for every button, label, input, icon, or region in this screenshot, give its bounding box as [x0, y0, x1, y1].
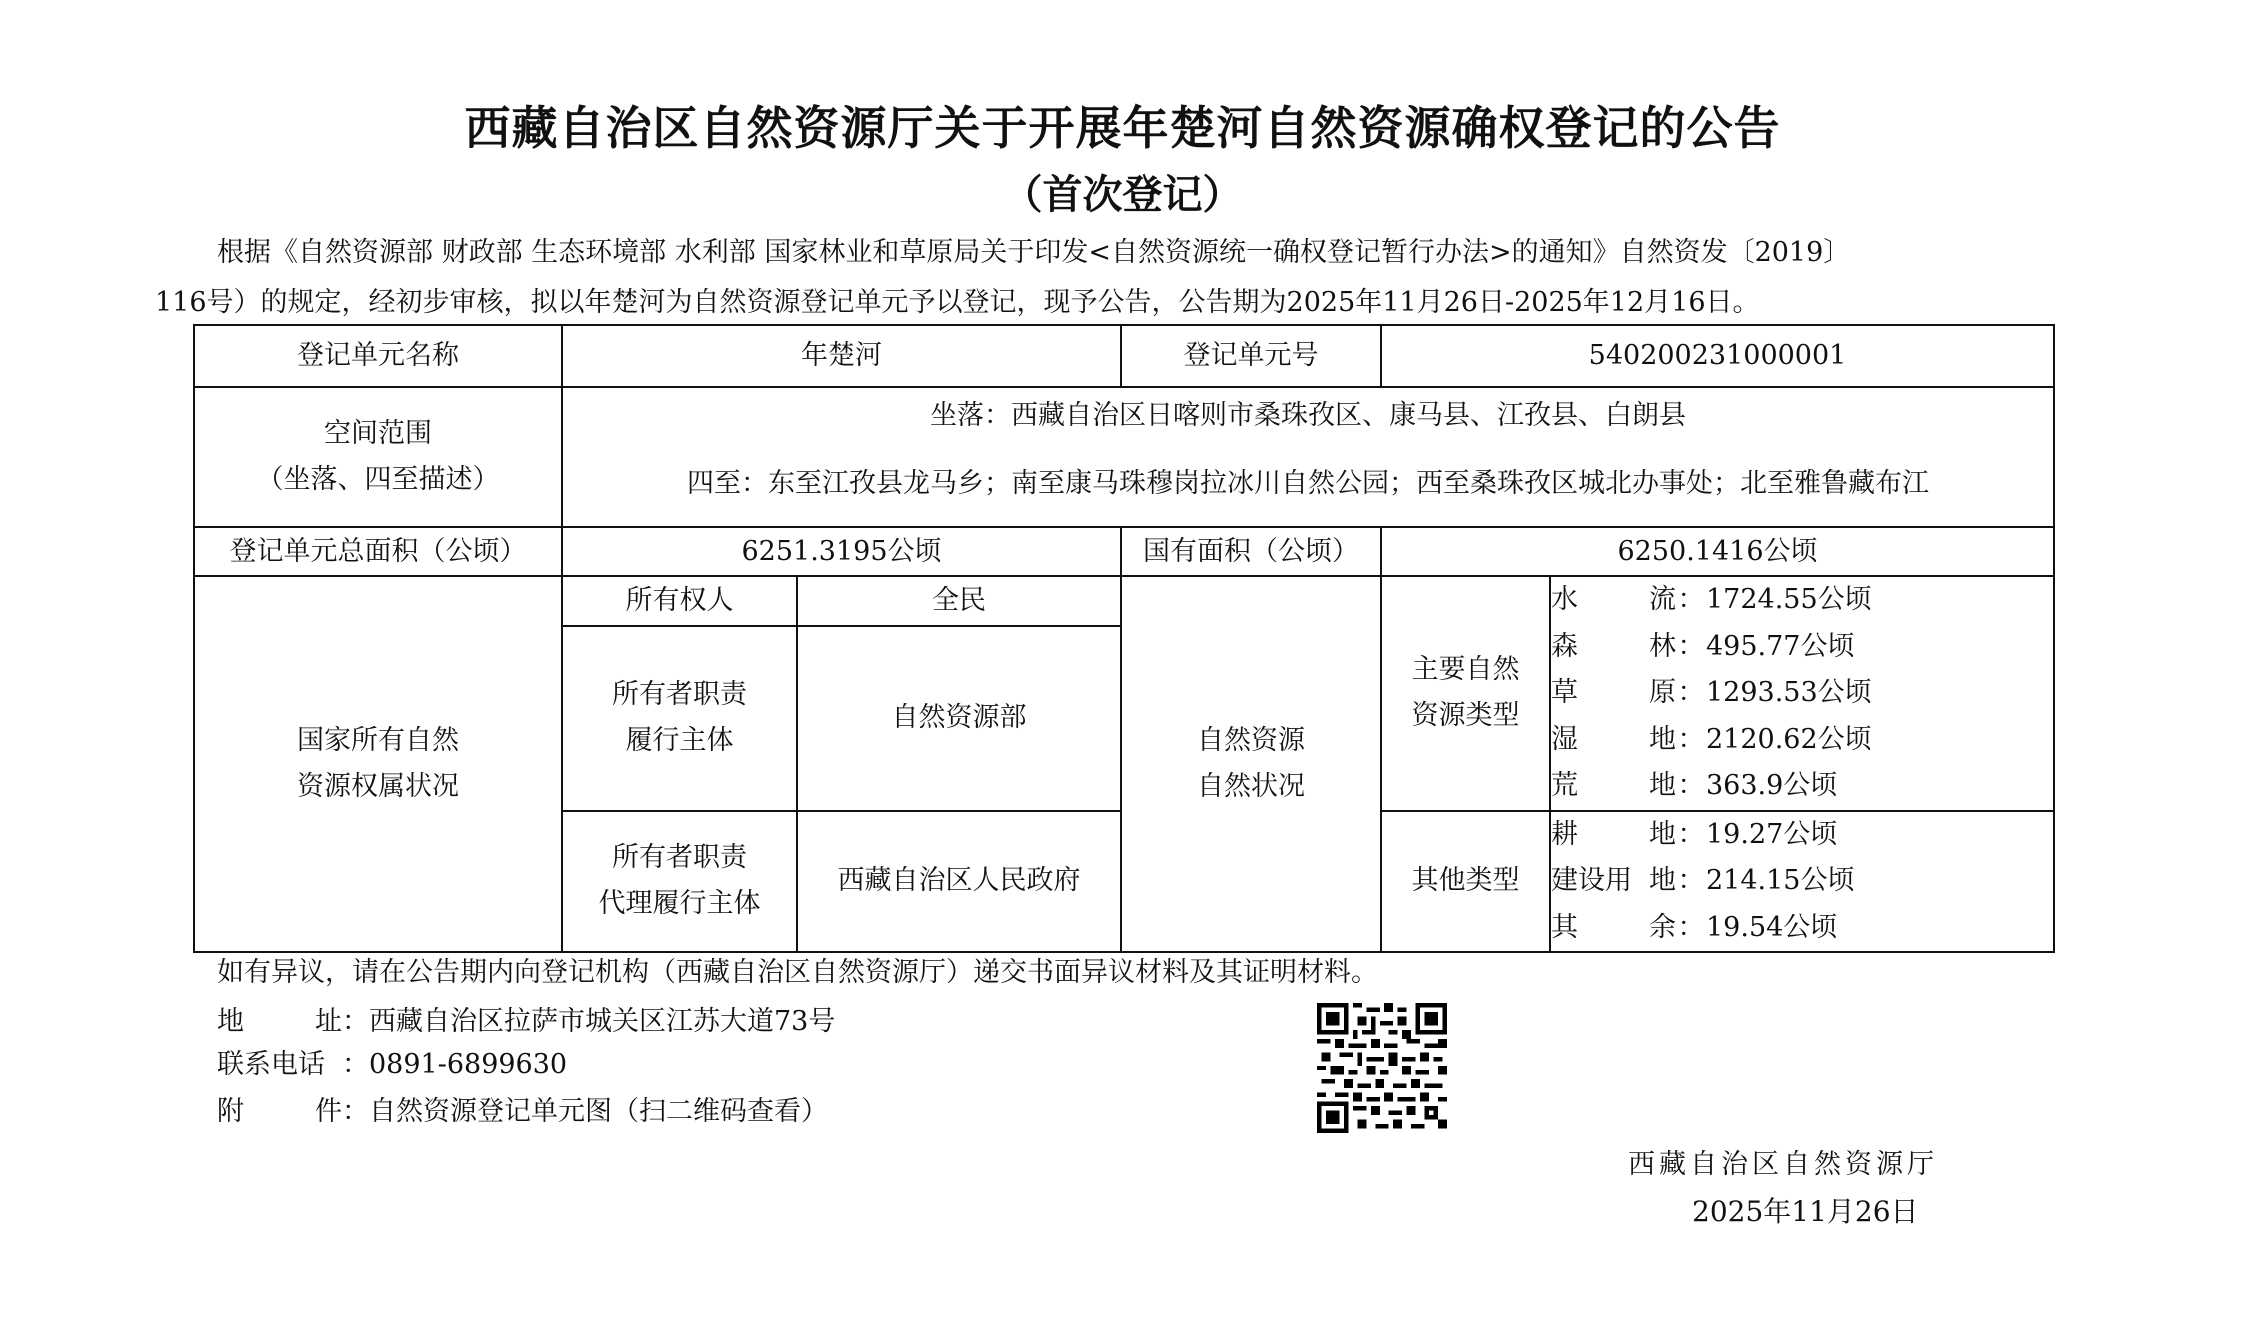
other-types-label: 其他类型 — [1381, 811, 1550, 953]
resource-key: 余 — [1649, 905, 1676, 952]
owner-label: 所有权人 — [562, 576, 797, 626]
resource-key: 建设用 — [1551, 858, 1632, 905]
resource-key: 地 — [1649, 763, 1676, 810]
main-types-line-2: 资源类型 — [1382, 693, 1549, 739]
unit-no-value: 540200231000001 — [1381, 325, 2054, 387]
resource-value: 363.9公顷 — [1706, 763, 1837, 810]
resource-value: 1293.53公顷 — [1706, 670, 1872, 717]
page-subtitle: （首次登记） — [0, 170, 2245, 220]
resource-key: 地 — [1649, 858, 1676, 905]
agent-label-line-2: 代理履行主体 — [563, 881, 796, 927]
unit-no-label: 登记单元号 — [1121, 325, 1381, 387]
resource-key: 地 — [1649, 812, 1676, 859]
phone-value: 0891-6899630 — [369, 1049, 567, 1080]
location-text: 坐落：西藏自治区日喀则市桑珠孜区、康马县、江孜县、白朗县 — [563, 392, 2053, 440]
resource-item-other: 其余：19.54公顷 — [1551, 905, 2053, 952]
resource-key: 流 — [1649, 577, 1676, 624]
agent-label-line-1: 所有者职责 — [563, 835, 796, 881]
colon: ： — [1676, 624, 1706, 671]
registration-table: 登记单元名称 年楚河 登记单元号 540200231000001 空间范围 （坐… — [193, 324, 2055, 953]
natural-status-label: 自然资源 自然状况 — [1121, 576, 1381, 952]
resource-item-wetland: 湿地：2120.62公顷 — [1551, 717, 2053, 764]
state-area-label: 国有面积（公顷） — [1121, 527, 1381, 576]
resource-key: 森 — [1551, 624, 1578, 671]
resource-value: 1724.55公顷 — [1706, 577, 1872, 624]
table-row: 登记单元总面积（公顷） 6251.3195公顷 国有面积（公顷） 6250.14… — [194, 527, 2054, 576]
resource-item-water: 水流：1724.55公顷 — [1551, 577, 2053, 624]
resource-key: 其 — [1551, 905, 1578, 952]
qr-code-icon[interactable] — [1317, 1003, 1447, 1133]
intro-line-1: 根据《自然资源部 财政部 生态环境部 水利部 国家林业和草原局关于印发<自然资源… — [155, 228, 2060, 278]
natural-status-line-1: 自然资源 — [1122, 718, 1380, 764]
resource-key: 地 — [1649, 717, 1676, 764]
scope-label-line-1: 空间范围 — [195, 411, 561, 457]
address-label-1: 地 — [217, 1002, 244, 1042]
table-row: 登记单元名称 年楚河 登记单元号 540200231000001 — [194, 325, 2054, 387]
resource-value: 214.15公顷 — [1706, 858, 1854, 905]
resource-item-grassland: 草原：1293.53公顷 — [1551, 670, 2053, 717]
unit-name-value: 年楚河 — [562, 325, 1121, 387]
colon: ： — [342, 1006, 369, 1037]
colon: ： — [1676, 670, 1706, 717]
unit-name-label: 登记单元名称 — [194, 325, 562, 387]
ownership-label-line-2: 资源权属状况 — [195, 764, 561, 810]
total-area-value: 6251.3195公顷 — [562, 527, 1121, 576]
address-value: 西藏自治区拉萨市城关区江苏大道73号 — [369, 1006, 835, 1037]
resource-value: 495.77公顷 — [1706, 624, 1854, 671]
resource-value: 19.54公顷 — [1706, 905, 1837, 952]
duty-label: 所有者职责 履行主体 — [562, 626, 797, 810]
resource-key: 湿 — [1551, 717, 1578, 764]
page-title: 西藏自治区自然资源厅关于开展年楚河自然资源确权登记的公告 — [0, 100, 2245, 156]
scope-label: 空间范围 （坐落、四至描述） — [194, 387, 562, 527]
attach-value: 自然资源登记单元图（扫二维码查看） — [369, 1096, 828, 1127]
main-types-list: 水流：1724.55公顷 森林：495.77公顷 草原：1293.53公顷 湿地… — [1550, 576, 2054, 811]
phone-label: 联系电话 — [217, 1045, 342, 1085]
natural-status-line-2: 自然状况 — [1122, 764, 1380, 810]
colon: ： — [1676, 858, 1706, 905]
boundaries-text: 四至：东至江孜县龙马乡；南至康马珠穆岗拉冰川自然公园；西至桑珠孜区城北办事处；北… — [563, 460, 2053, 508]
colon: ： — [1676, 577, 1706, 624]
ownership-label: 国家所有自然 资源权属状况 — [194, 576, 562, 952]
scope-label-line-2: （坐落、四至描述） — [195, 457, 561, 503]
issue-date: 2025年11月26日 — [1692, 1192, 1919, 1232]
issuer-signature: 西藏自治区自然资源厅 — [1628, 1145, 1938, 1185]
resource-item-forest: 森林：495.77公顷 — [1551, 624, 2053, 671]
table-row: 国家所有自然 资源权属状况 所有权人 全民 自然资源 自然状况 主要自然 资源类… — [194, 576, 2054, 626]
address-line: 地址：西藏自治区拉萨市城关区江苏大道73号 — [217, 1002, 835, 1042]
resource-key: 原 — [1649, 670, 1676, 717]
address-label-2: 址 — [315, 1002, 342, 1042]
resource-item-wasteland: 荒地：363.9公顷 — [1551, 763, 2053, 810]
table-row: 空间范围 （坐落、四至描述） 坐落：西藏自治区日喀则市桑珠孜区、康马县、江孜县、… — [194, 387, 2054, 527]
duty-value: 自然资源部 — [797, 626, 1121, 810]
resource-key: 水 — [1551, 577, 1578, 624]
resource-item-cropland: 耕地：19.27公顷 — [1551, 812, 2053, 859]
colon: ： — [1676, 905, 1706, 952]
total-area-label: 登记单元总面积（公顷） — [194, 527, 562, 576]
main-types-label: 主要自然 资源类型 — [1381, 576, 1550, 811]
intro-line-2: 116号）的规定，经初步审核，拟以年楚河为自然资源登记单元予以登记，现予公告，公… — [155, 278, 2060, 328]
ownership-label-line-1: 国家所有自然 — [195, 718, 561, 764]
resource-key: 耕 — [1551, 812, 1578, 859]
resource-value: 2120.62公顷 — [1706, 717, 1872, 764]
agent-label: 所有者职责 代理履行主体 — [562, 811, 797, 953]
attach-label-1: 附 — [217, 1092, 244, 1132]
phone-line: 联系电话：0891-6899630 — [217, 1045, 567, 1085]
other-types-list: 耕地：19.27公顷 建设用地：214.15公顷 其余：19.54公顷 — [1550, 811, 2054, 953]
resource-key: 林 — [1649, 624, 1676, 671]
resource-value: 19.27公顷 — [1706, 812, 1837, 859]
colon: ： — [1676, 763, 1706, 810]
duty-label-line-2: 履行主体 — [563, 718, 796, 764]
main-types-line-1: 主要自然 — [1382, 647, 1549, 693]
intro-paragraph: 根据《自然资源部 财政部 生态环境部 水利部 国家林业和草原局关于印发<自然资源… — [155, 228, 2060, 328]
resource-key: 草 — [1551, 670, 1578, 717]
colon: ： — [342, 1049, 369, 1080]
owner-value: 全民 — [797, 576, 1121, 626]
attachment-line: 附件：自然资源登记单元图（扫二维码查看） — [217, 1092, 828, 1132]
agent-value: 西藏自治区人民政府 — [797, 811, 1121, 953]
attach-label-2: 件 — [315, 1092, 342, 1132]
resource-key: 荒 — [1551, 763, 1578, 810]
state-area-value: 6250.1416公顷 — [1381, 527, 2054, 576]
scope-value: 坐落：西藏自治区日喀则市桑珠孜区、康马县、江孜县、白朗县 四至：东至江孜县龙马乡… — [562, 387, 2054, 527]
colon: ： — [342, 1096, 369, 1127]
objection-notice: 如有异议，请在公告期内向登记机构（西藏自治区自然资源厅）递交书面异议材料及其证明… — [217, 953, 1378, 993]
duty-label-line-1: 所有者职责 — [563, 672, 796, 718]
colon: ： — [1676, 717, 1706, 764]
resource-item-construction-land: 建设用地：214.15公顷 — [1551, 858, 2053, 905]
colon: ： — [1676, 812, 1706, 859]
